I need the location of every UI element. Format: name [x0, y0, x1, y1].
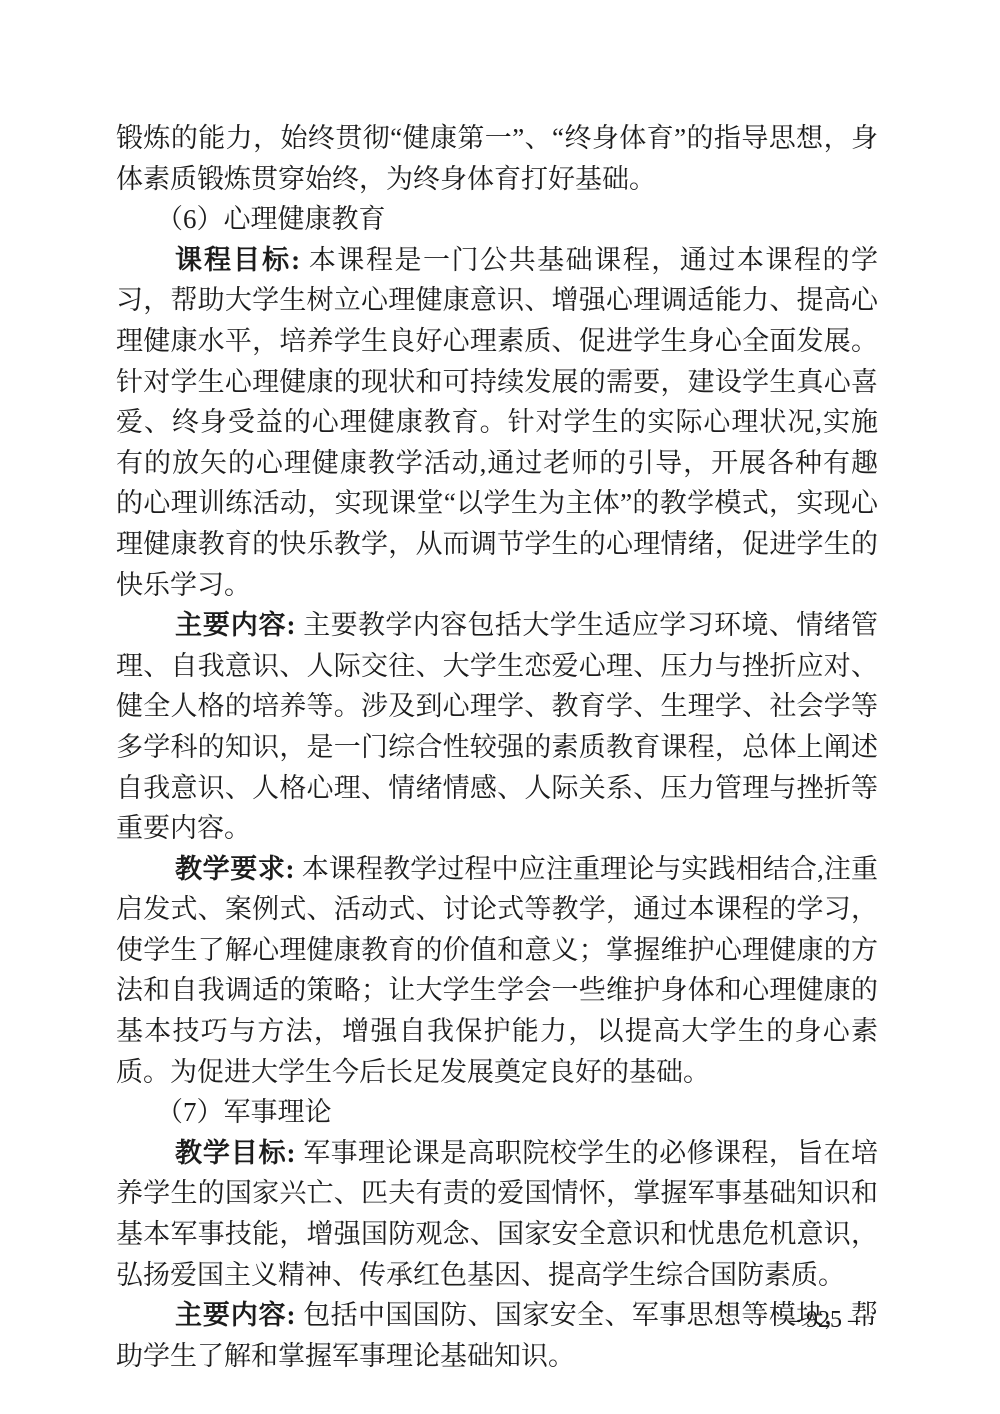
- section-heading: （6）心理健康教育: [116, 199, 878, 240]
- page-footer: – 925 –: [788, 1306, 860, 1334]
- paragraph-label: 课程目标:: [175, 245, 301, 275]
- paragraph-label: 主要内容:: [175, 1300, 296, 1330]
- document-body: 锻炼的能力，始终贯彻“健康第一”、“终身体育”的指导思想，身体素质锻炼贯穿始终，…: [116, 118, 878, 1376]
- paragraph: 课程目标: 本课程是一门公共基础课程，通过本课程的学习，帮助大学生树立心理健康意…: [116, 240, 878, 605]
- paragraph-label: 教学要求:: [175, 854, 295, 884]
- paragraph: 锻炼的能力，始终贯彻“健康第一”、“终身体育”的指导思想，身体素质锻炼贯穿始终，…: [116, 118, 878, 199]
- paragraph: 主要内容: 主要教学内容包括大学生适应学习环境、情绪管理、自我意识、人际交往、大…: [116, 605, 878, 849]
- section-heading: （7）军事理论: [116, 1092, 878, 1133]
- paragraph: 主要内容: 包括中国国防、国家安全、军事思想等模块，帮助学生了解和掌握军事理论基…: [116, 1295, 878, 1376]
- document-page: 锻炼的能力，始终贯彻“健康第一”、“终身体育”的指导思想，身体素质锻炼贯穿始终，…: [0, 0, 1000, 1414]
- paragraph: 教学要求: 本课程教学过程中应注重理论与实践相结合,注重启发式、案例式、活动式、…: [116, 849, 878, 1093]
- paragraph-label: 教学目标:: [175, 1138, 296, 1168]
- paragraph-label: 主要内容:: [175, 610, 296, 640]
- page-number: – 925 –: [788, 1307, 860, 1333]
- paragraph: 教学目标: 军事理论课是高职院校学生的必修课程，旨在培养学生的国家兴亡、匹夫有责…: [116, 1133, 878, 1295]
